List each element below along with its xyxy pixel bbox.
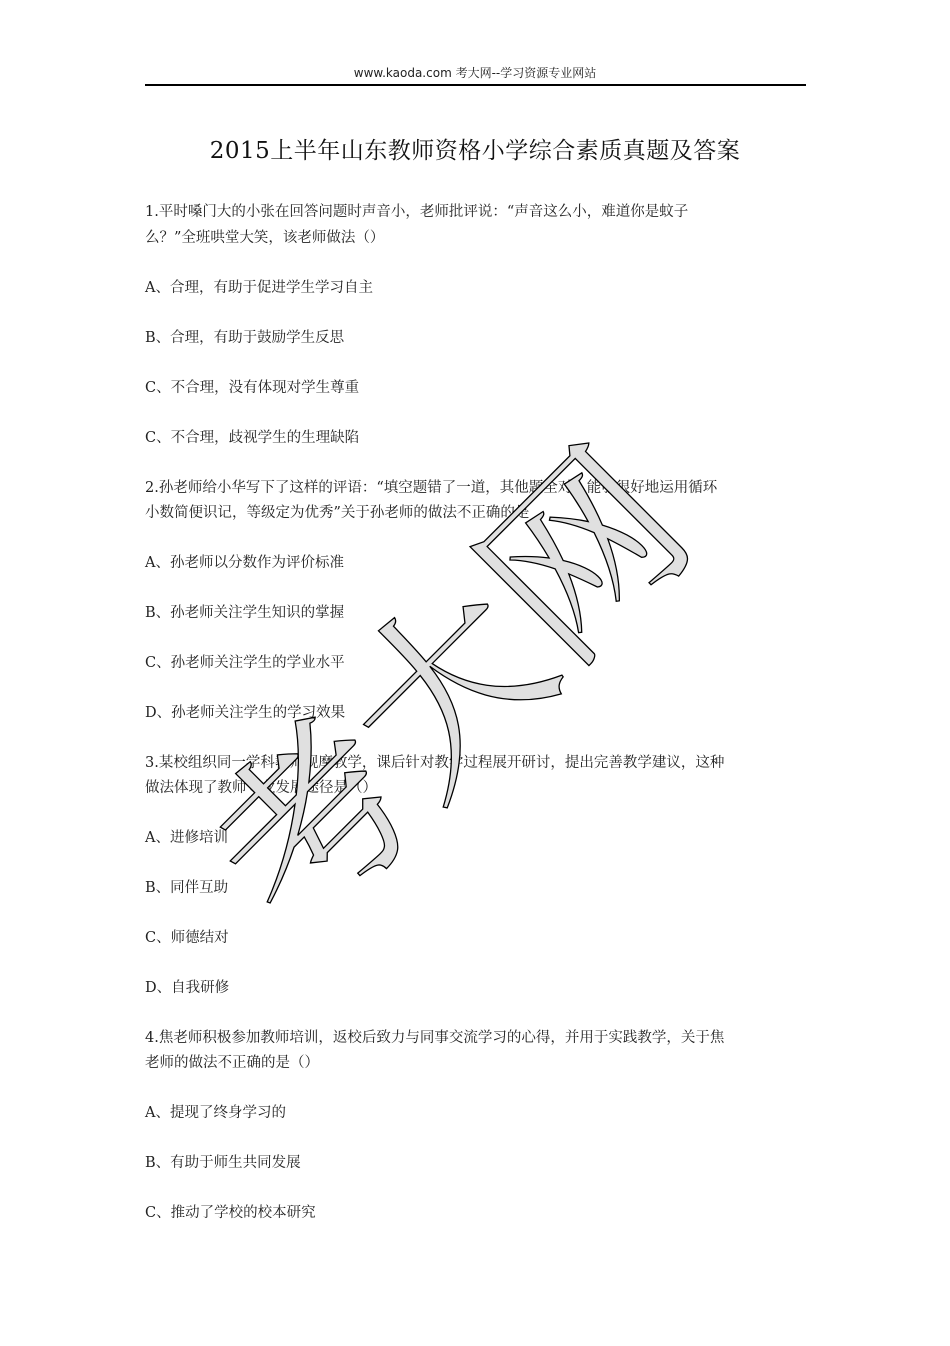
question-2-stem-line-2: 小数简便识记，等级定为优秀”关于孙老师的做法不正确的是 (145, 501, 529, 522)
question-1-stem-line-1: 1.平时嗓门大的小张在回答问题时声音小，老师批评说：“声音这么小，难道你是蚊子 (145, 200, 688, 221)
question-1-stem-line-2: 么？”全班哄堂大笑，该老师做法（） (145, 226, 384, 247)
question-4-stem-line-1: 4.焦老师积极参加教师培训，返校后致力与同事交流学习的心得，并用于实践教学，关于… (145, 1026, 724, 1047)
question-3-option-d: D、自我研修 (145, 976, 229, 997)
page-header-site: www.kaoda.com 考大网--学习资源专业网站 (0, 64, 950, 81)
question-2-option-c: C、孙老师关注学生的学业水平 (145, 651, 345, 672)
question-3-option-c: C、师德结对 (145, 926, 229, 947)
question-4-option-c: C、推动了学校的校本研究 (145, 1201, 316, 1222)
question-1-option-a: A、合理，有助于促进学生学习自主 (145, 276, 373, 297)
question-1-option-c: C、不合理，没有体现对学生尊重 (145, 376, 359, 397)
question-3-option-a: A、进修培训 (145, 826, 228, 847)
question-1-option-b: B、合理，有助于鼓励学生反思 (145, 326, 344, 347)
header-divider (145, 84, 806, 86)
question-3-option-b: B、同伴互助 (145, 876, 228, 897)
question-4-stem-line-2: 老师的做法不正确的是（） (145, 1051, 319, 1072)
question-2-option-d: D、孙老师关注学生的学习效果 (145, 701, 345, 722)
question-1-option-d: C、不合理，歧视学生的生理缺陷 (145, 426, 359, 447)
question-2-option-a: A、孙老师以分数作为评价标准 (145, 551, 344, 572)
question-3-stem-line-1: 3.某校组织同一学科教师观摩教学，课后针对教学过程展开研讨，提出完善教学建议，这… (145, 751, 724, 772)
question-4-option-b: B、有助于师生共同发展 (145, 1151, 301, 1172)
document-title: 2015上半年山东教师资格小学综合素质真题及答案 (0, 132, 950, 165)
question-2-stem-line-1: 2.孙老师给小华写下了这样的评语：“填空题错了一道，其他题全对，能够很好地运用循… (145, 476, 717, 497)
question-2-option-b: B、孙老师关注学生知识的掌握 (145, 601, 344, 622)
question-3-stem-line-2: 做法体现了教师专业发展途径是（） (145, 776, 377, 797)
question-4-option-a: A、提现了终身学习的 (145, 1101, 286, 1122)
